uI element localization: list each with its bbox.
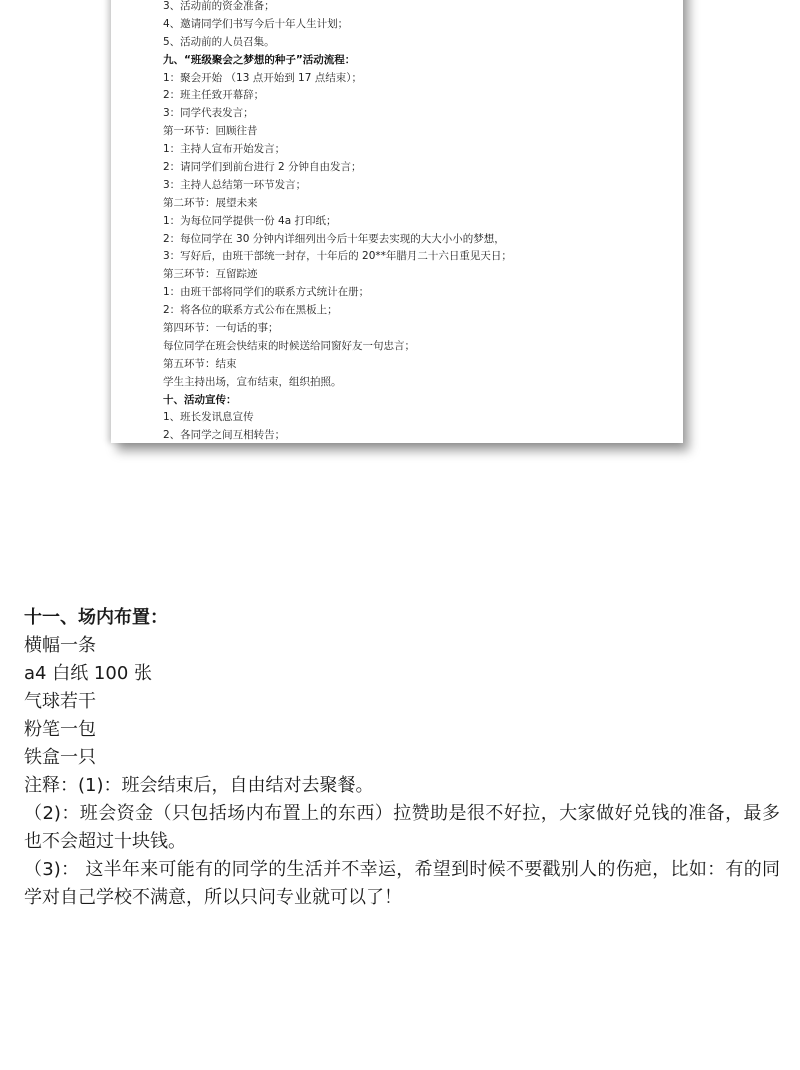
page-line: 5、活动前的人员召集。 (163, 34, 673, 52)
page-line: 1、班长发讯息宣传 (163, 409, 673, 427)
section-heading-11: 十一、场内布置： (24, 604, 780, 632)
page-line: 第四环节：一句话的事； (163, 320, 673, 338)
page-line: 第五环节：结束 (163, 356, 673, 374)
list-item: 铁盒一只 (24, 744, 780, 772)
list-item: a4 白纸 100 张 (24, 660, 780, 688)
embedded-page-image: 3、活动前的资金准备； 4、邀请同学们书写今后十年人生计划； 5、活动前的人员召… (111, 0, 683, 443)
page-line: 第一环节：回顾往昔 (163, 123, 673, 141)
page-line: 学生主持出场，宣布结束，组织拍照。 (163, 374, 673, 392)
page-line: 1：主持人宣布开始发言； (163, 141, 673, 159)
list-item: 气球若干 (24, 688, 780, 716)
list-item: 粉笔一包 (24, 716, 780, 744)
note-3: （3)： 这半年来可能有的同学的生活并不幸运，希望到时候不要戳别人的伤疤，比如：… (24, 856, 780, 912)
page-line: 第三环节：互留踪迹 (163, 266, 673, 284)
page-line: 2：请同学们到前台进行 2 分钟自由发言； (163, 159, 673, 177)
page-line: 每位同学在班会快结束的时候送给同窗好友一句忠言； (163, 338, 673, 356)
note-2: （2)：班会资金（只包括场内布置上的东西）拉赞助是很不好拉，大家做好兑钱的准备，… (24, 800, 780, 856)
page-line: 1：为每位同学提供一份 4a 打印纸； (163, 213, 673, 231)
embedded-page-text: 3、活动前的资金准备； 4、邀请同学们书写今后十年人生计划； 5、活动前的人员召… (163, 0, 673, 445)
note-1: 注释：(1)：班会结束后，自由结对去聚餐。 (24, 772, 780, 800)
page-line: 2：每位同学在 30 分钟内详细列出今后十年要去实现的大大小小的梦想， (163, 231, 673, 249)
list-item: 横幅一条 (24, 632, 780, 660)
page-line: 3、活动前的资金准备； (163, 0, 673, 16)
main-text-section: 十一、场内布置： 横幅一条 a4 白纸 100 张 气球若干 粉笔一包 铁盒一只… (24, 604, 780, 912)
page-line: 2：班主任致开幕辞； (163, 87, 673, 105)
section-heading-10: 十、活动宣传： (163, 392, 673, 410)
page-line: 3：写好后，由班干部统一封存，十年后的 20**年腊月二十六日重见天日； (163, 248, 673, 266)
page-line: 4、邀请同学们书写今后十年人生计划； (163, 16, 673, 34)
page-line: 2：将各位的联系方式公布在黑板上； (163, 302, 673, 320)
page-line: 1：聚会开始 （13 点开始到 17 点结束）； (163, 70, 673, 88)
page-line: 第二环节：展望未来 (163, 195, 673, 213)
page-line: 3：同学代表发言； (163, 105, 673, 123)
page-line: 3：主持人总结第一环节发言； (163, 177, 673, 195)
page-line: 1：由班干部将同学们的联系方式统计在册； (163, 284, 673, 302)
section-heading-9: 九、“班级聚会之梦想的种子”活动流程： (163, 52, 673, 70)
page-line: 2、各同学之间互相转告； (163, 427, 673, 445)
